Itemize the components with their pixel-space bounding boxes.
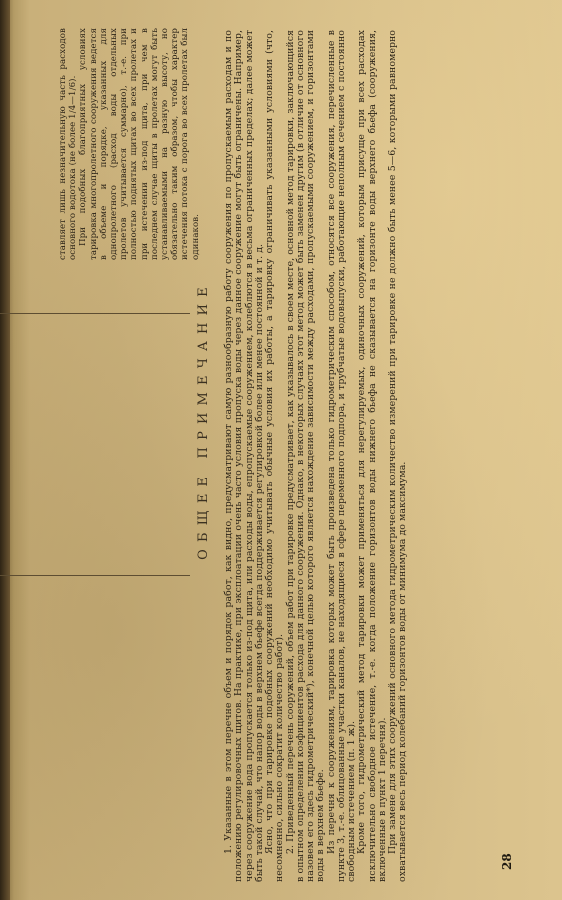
paragraph-clarification: Ясно, что при тарировке подобных сооруже… [265, 30, 286, 882]
continuation-text-block: ставляет лишь незначительную часть расхо… [58, 28, 201, 260]
column-divider-rule [0, 313, 190, 314]
paragraph-structures-list: Из перечня к сооружениям, тарировка кото… [327, 30, 358, 882]
rotated-page: ставляет лишь незначительную часть расхо… [0, 0, 562, 900]
column-divider-rule [0, 575, 190, 576]
continuation-paragraph: ставляет лишь незначительную часть расхо… [58, 28, 78, 260]
general-note-body: 1. Указанные в этом перечне объем и поря… [224, 30, 409, 882]
page-number: 28 [500, 853, 514, 870]
paragraph-additional-method: Кроме того, гидрометрический метод тарир… [357, 30, 388, 882]
paragraph-measurement-count: При замене для этих сооружений основного… [388, 30, 409, 882]
section-heading: ОБЩЕЕ ПРИМЕЧАНИЕ [196, 270, 211, 570]
paragraph-2: 2. Приведенный перечень сооружений, объе… [286, 30, 327, 882]
continuation-paragraph: При подобных благоприятных условиях тари… [78, 28, 200, 260]
paragraph-1: 1. Указанные в этом перечне объем и поря… [224, 30, 265, 882]
